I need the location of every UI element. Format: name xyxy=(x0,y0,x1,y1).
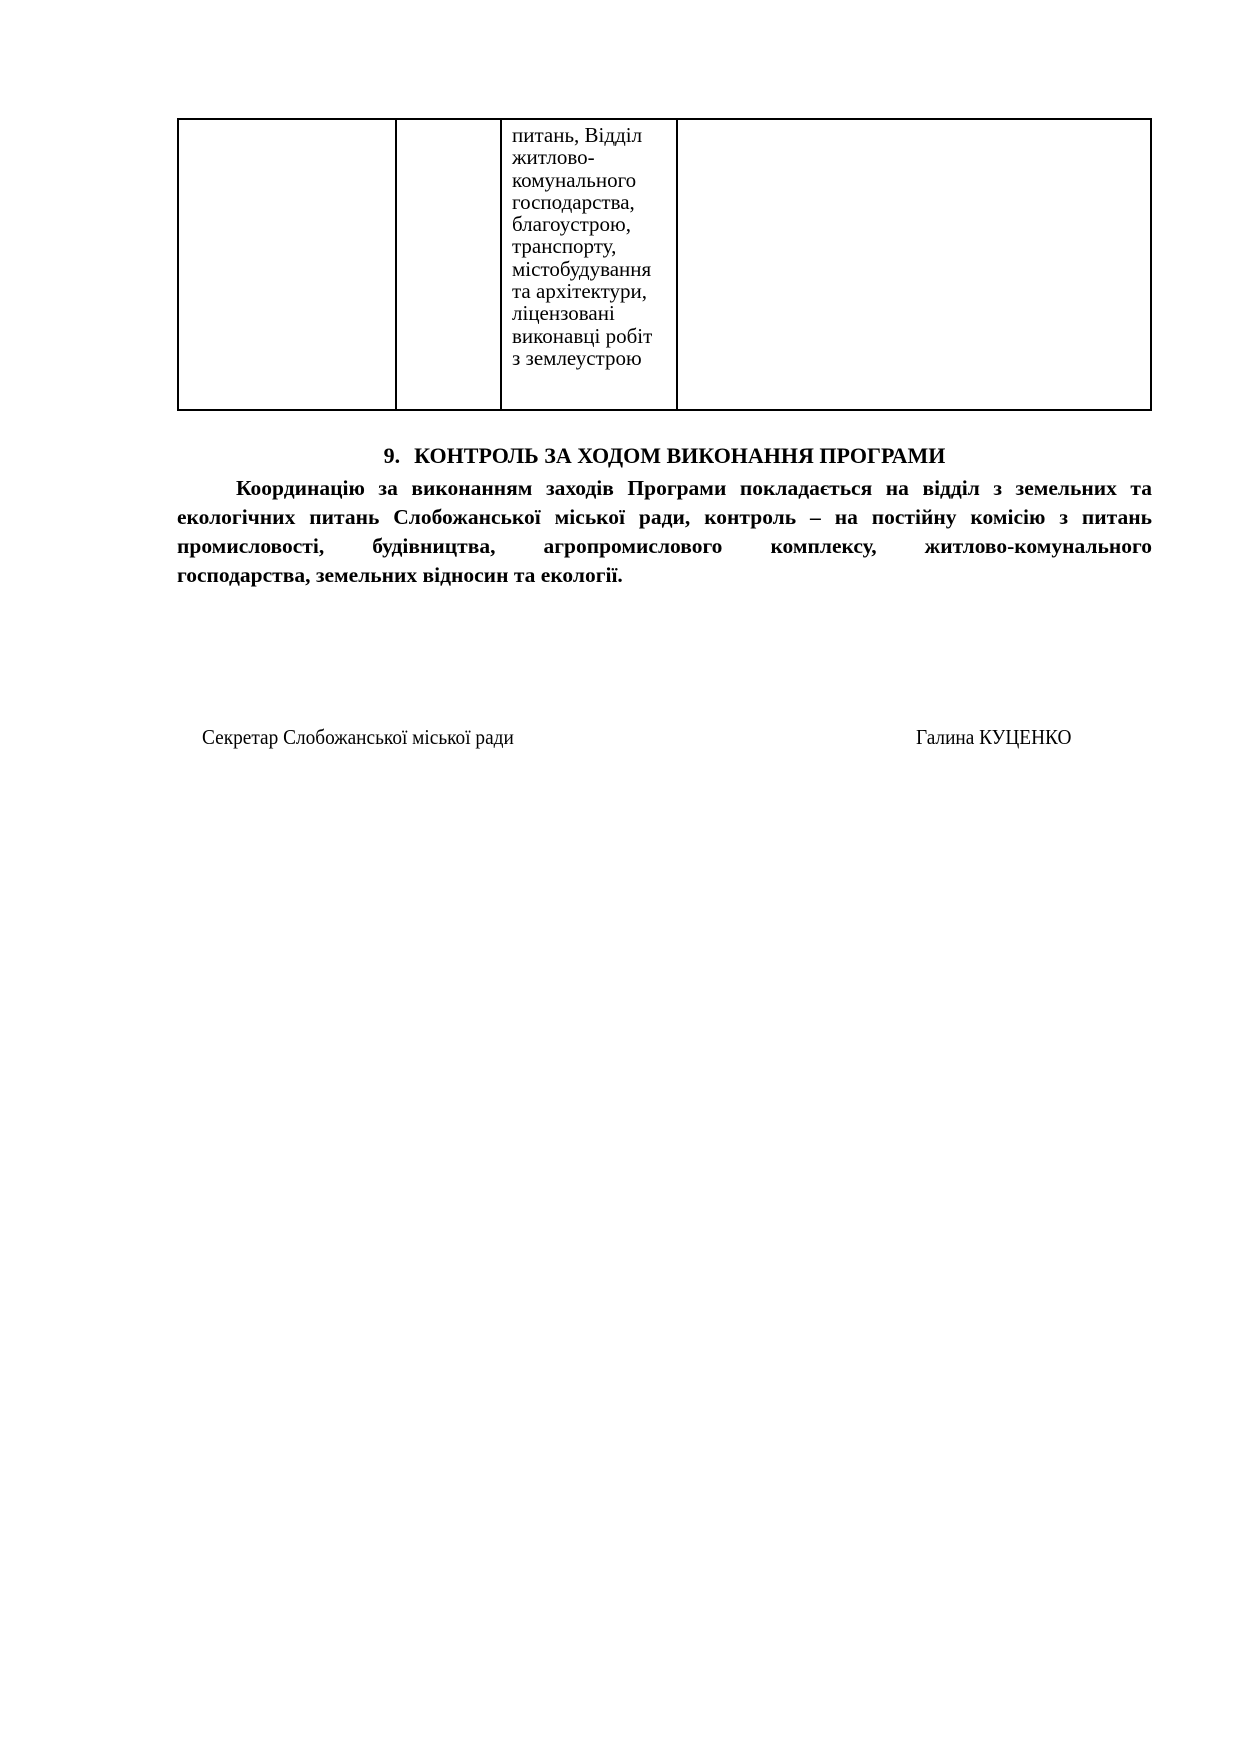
executors-line: господарства, xyxy=(512,191,676,213)
paragraph-line: Координацію за виконанням заходів Програ… xyxy=(177,474,1152,503)
table-cell-col1 xyxy=(179,120,397,409)
section-heading: 9.КОНТРОЛЬ ЗА ХОДОМ ВИКОНАННЯ ПРОГРАМИ xyxy=(177,443,1152,469)
executors-line: питань, Відділ xyxy=(512,124,676,146)
responsibility-table: питань, Відділ житлово- комунального гос… xyxy=(177,118,1152,411)
paragraph-line: господарства, земельних відносин та екол… xyxy=(177,561,1152,590)
executors-line: комунального xyxy=(512,169,676,191)
paragraph-line: промисловості, будівництва, агропромисло… xyxy=(177,532,1152,561)
executors-line: з землеустрою xyxy=(512,347,676,369)
section-title: КОНТРОЛЬ ЗА ХОДОМ ВИКОНАННЯ ПРОГРАМИ xyxy=(414,443,945,468)
executors-line: ліцензовані xyxy=(512,302,676,324)
executors-line: житлово- xyxy=(512,146,676,168)
table-cell-executors: питань, Відділ житлово- комунального гос… xyxy=(502,120,678,409)
table-cell-col4 xyxy=(678,120,1150,409)
signature-name: Галина КУЦЕНКО xyxy=(916,725,1071,750)
executors-line: виконавці робіт xyxy=(512,325,676,347)
executors-line: та архітектури, xyxy=(512,280,676,302)
section-paragraph: Координацію за виконанням заходів Програ… xyxy=(177,474,1152,590)
executors-line: транспорту, xyxy=(512,235,676,257)
executors-line: благоустрою, xyxy=(512,213,676,235)
section-number: 9. xyxy=(384,443,401,468)
executors-line: містобудування xyxy=(512,258,676,280)
table-cell-col2 xyxy=(397,120,502,409)
signature-position: Секретар Слобожанської міської ради xyxy=(202,725,514,750)
paragraph-line: екологічних питань Слобожанської міської… xyxy=(177,503,1152,532)
